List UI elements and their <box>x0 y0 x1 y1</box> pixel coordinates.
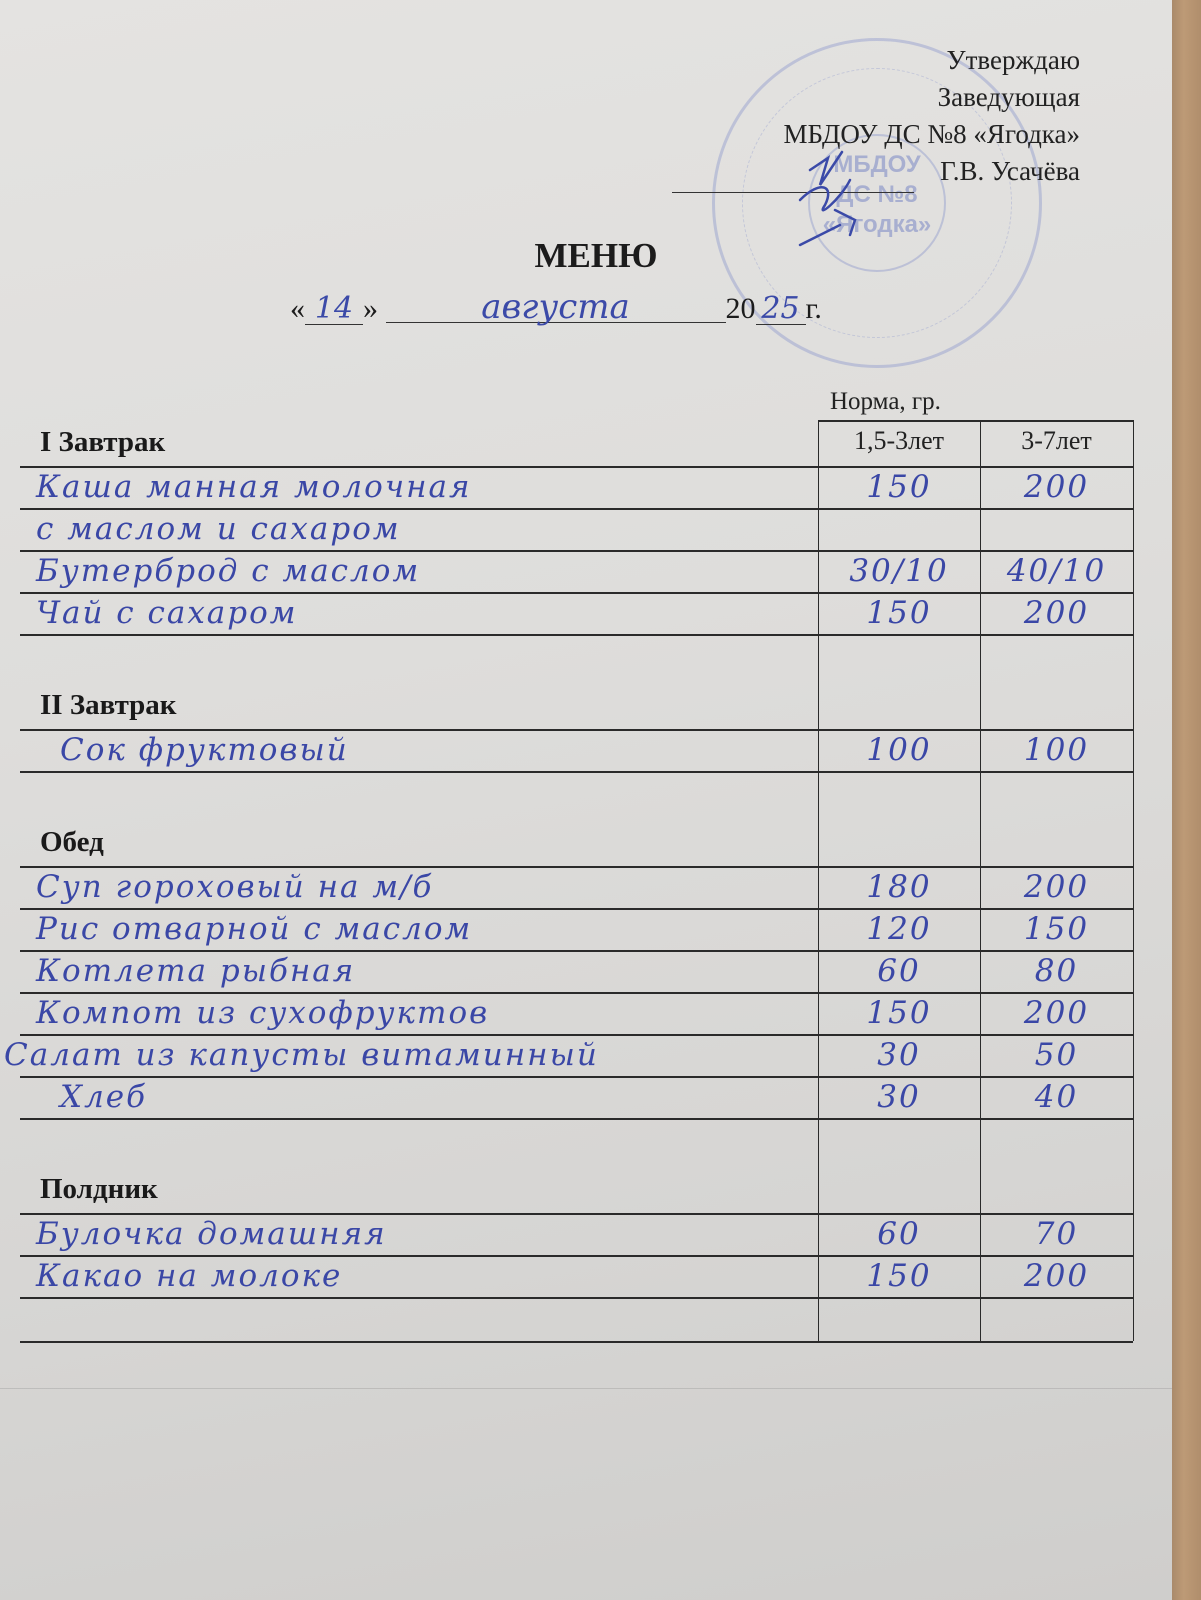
meal-section-title: I Завтрак <box>40 426 165 459</box>
row-line <box>20 908 1133 910</box>
portion-3-7: 40 <box>980 1079 1133 1115</box>
row-line <box>20 1213 1133 1215</box>
row-line <box>20 771 1133 773</box>
column-header-1-5-3: 1,5-3лет <box>818 426 980 456</box>
portion-1-5-3: 150 <box>818 1258 980 1294</box>
portion-1-5-3: 60 <box>818 953 980 989</box>
menu-table: 1,5-3лет3-7летI ЗавтракКаша манная молоч… <box>0 0 1172 1400</box>
meal-section-title: II Завтрак <box>40 689 177 722</box>
column-header-3-7: 3-7лет <box>980 426 1133 456</box>
row-line <box>20 1297 1133 1299</box>
row-line <box>20 866 1133 868</box>
row-line <box>20 1118 1133 1120</box>
dish-name: Рис отварной с маслом <box>36 911 472 947</box>
portion-3-7: 40/10 <box>980 553 1133 589</box>
portion-3-7: 200 <box>980 469 1133 505</box>
dish-name: Какао на молоке <box>36 1258 342 1294</box>
row-line <box>20 1255 1133 1257</box>
dish-name: Сок фруктовый <box>60 732 349 768</box>
portion-1-5-3: 150 <box>818 595 980 631</box>
row-line <box>20 634 1133 636</box>
portion-3-7: 200 <box>980 1258 1133 1294</box>
dish-name: с маслом и сахаром <box>36 511 401 547</box>
row-line <box>20 992 1133 994</box>
dish-name: Бутерброд с маслом <box>36 553 420 589</box>
portion-3-7: 200 <box>980 595 1133 631</box>
portion-1-5-3: 120 <box>818 911 980 947</box>
meal-section-title: Обед <box>40 826 104 859</box>
portion-3-7: 200 <box>980 995 1133 1031</box>
portion-3-7: 150 <box>980 911 1133 947</box>
row-line <box>20 950 1133 952</box>
divider <box>0 1388 1172 1389</box>
row-line <box>20 1076 1133 1078</box>
row-line <box>20 592 1133 594</box>
dish-name: Хлеб <box>60 1079 147 1115</box>
portion-3-7: 100 <box>980 732 1133 768</box>
row-line <box>20 508 1133 510</box>
portion-1-5-3: 180 <box>818 869 980 905</box>
portion-1-5-3: 150 <box>818 469 980 505</box>
portion-3-7: 200 <box>980 869 1133 905</box>
portion-1-5-3: 30 <box>818 1037 980 1073</box>
dish-name: Салат из капусты витаминный <box>4 1037 599 1073</box>
dish-name: Компот из сухофруктов <box>36 995 489 1031</box>
dish-name: Чай с сахаром <box>36 595 298 631</box>
row-line <box>20 1341 1133 1343</box>
portion-1-5-3: 100 <box>818 732 980 768</box>
menu-document: МБДОУ ДС №8 «Ягодка» Утверждаю Заведующа… <box>0 0 1172 1600</box>
dish-name: Суп гороховый на м/б <box>36 869 433 905</box>
table-surface <box>1172 0 1201 1600</box>
meal-section-title: Полдник <box>40 1173 158 1206</box>
dish-name: Котлета рыбная <box>36 953 355 989</box>
row-line <box>20 729 1133 731</box>
table-top-border <box>818 420 1133 422</box>
dish-name: Каша манная молочная <box>36 469 472 505</box>
row-line <box>20 1034 1133 1036</box>
row-line <box>20 550 1133 552</box>
portion-1-5-3: 30/10 <box>818 553 980 589</box>
row-line <box>20 466 1133 468</box>
portion-1-5-3: 60 <box>818 1216 980 1252</box>
portion-3-7: 70 <box>980 1216 1133 1252</box>
dish-name: Булочка домашняя <box>36 1216 387 1252</box>
portion-3-7: 80 <box>980 953 1133 989</box>
portion-1-5-3: 30 <box>818 1079 980 1115</box>
portion-1-5-3: 150 <box>818 995 980 1031</box>
table-border-right <box>1133 420 1134 1341</box>
portion-3-7: 50 <box>980 1037 1133 1073</box>
